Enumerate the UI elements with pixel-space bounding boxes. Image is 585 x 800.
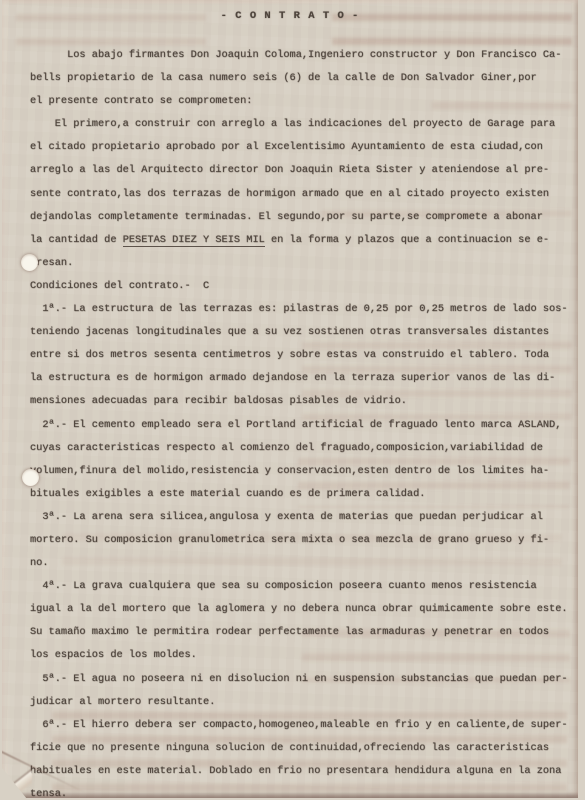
text-line: El primero,a construir con arreglo a las… [30, 113, 566, 136]
text-line: sente contrato,las dos terrazas de hormi… [30, 183, 566, 206]
text-line: arreglo a las del Arquitecto director Do… [30, 159, 566, 182]
text-line: mortero. Su composicion granulometrica s… [30, 529, 566, 552]
text-line: bituales exigibles a este material cuand… [30, 483, 566, 506]
text-line: habituales en este material. Doblado en … [30, 760, 566, 783]
document-title: - C O N T R A T O - [2, 10, 578, 22]
text-line: ficie que no presente ninguna solucion d… [30, 737, 566, 760]
text-line: mensiones adecuadas para recibir baldosa… [30, 390, 566, 413]
text-line: bells propietario de la casa numero seis… [30, 67, 566, 90]
text-line: la estructura es de hormigon armado deja… [30, 367, 566, 390]
text-line: los espacios de los moldes. [30, 644, 566, 667]
text-line: tensa. [30, 783, 566, 800]
text-line: 6ª.- El hierro debera ser compacto,homog… [30, 714, 566, 737]
text-line: presan. [30, 252, 566, 275]
text-line: volumen,finura del molido,resistencia y … [30, 460, 566, 483]
text-line: 3ª.- La arena sera silicea,angulosa y ex… [30, 506, 566, 529]
punch-hole-top [21, 254, 38, 271]
text-line: no. [30, 552, 566, 575]
text-line: el citado propietario aprobado por al Ex… [30, 136, 566, 159]
contract-page: - C O N T R A T O - Los abajo firmantes … [2, 0, 578, 798]
ink-bleedthrough [332, 0, 572, 46]
text-line: 1ª.- La estructura de las terrazas es: p… [30, 298, 566, 321]
text-line: 4ª.- La grava cualquiera que sea su comp… [30, 575, 566, 598]
folded-corner [2, 764, 32, 798]
text-line: la cantidad de PESETAS DIEZ Y SEIS MIL e… [30, 229, 566, 252]
text-line: Condiciones del contrato.- C [30, 275, 566, 298]
text-line: Su tamaño maximo le permitira rodear per… [30, 621, 566, 644]
text-line: 2ª.- El cemento empleado sera el Portlan… [30, 414, 566, 437]
underlined-amount: PESETAS DIEZ Y SEIS MIL [123, 234, 265, 247]
text-line: Los abajo firmantes Don Joaquin Coloma,I… [30, 44, 566, 67]
text-line: el presente contrato se comprometen: [30, 90, 566, 113]
document-body: Los abajo firmantes Don Joaquin Coloma,I… [30, 44, 566, 800]
punch-hole-bottom [22, 469, 39, 486]
text-line: dejandolas completamente terminadas. El … [30, 206, 566, 229]
text-line: igual a la del mortero que la aglomera y… [30, 598, 566, 621]
text-line: entre si dos metros sesenta centimetros … [30, 344, 566, 367]
text-line: 5ª.- El agua no poseera ni en disolucion… [30, 668, 566, 691]
scanned-document: - C O N T R A T O - Los abajo firmantes … [0, 0, 585, 800]
text-line: cuyas caracteristicas respecto al comien… [30, 437, 566, 460]
text-line: judicar al mortero resultante. [30, 691, 566, 714]
text-line: teniendo jacenas longitudinales que a su… [30, 321, 566, 344]
